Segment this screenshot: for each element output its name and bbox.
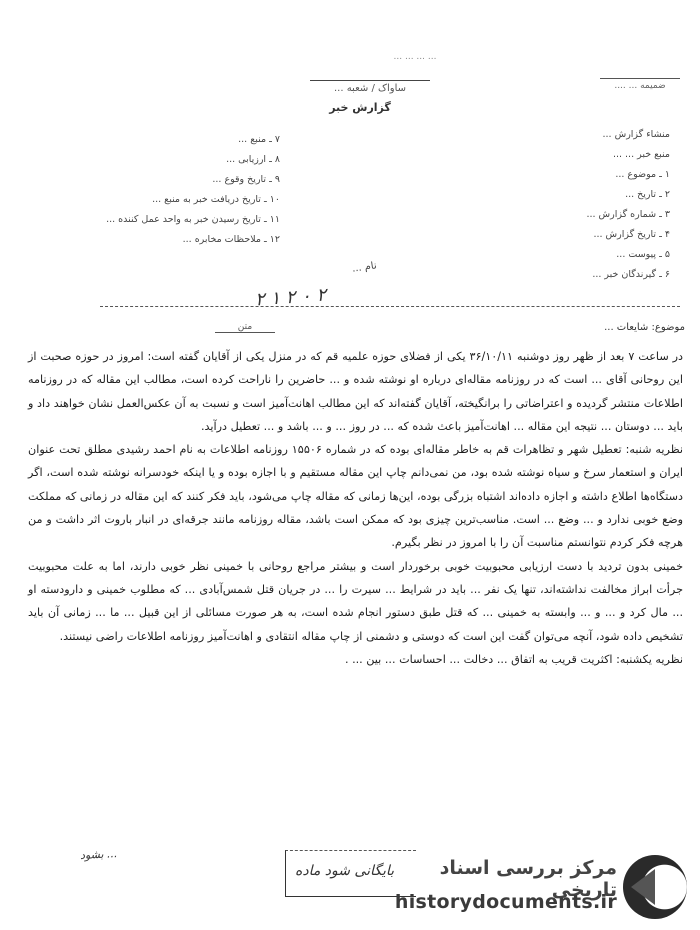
form-field-right: منشاء گزارش ... xyxy=(430,128,670,142)
stamp-text: بایگانی شود ماده xyxy=(295,863,394,879)
form-field-left: ۸ ـ ارزیابی ... xyxy=(40,153,280,167)
form-field-right: ۶ ـ گیرندگان خبر ... xyxy=(430,268,670,282)
subject-left-label: متن xyxy=(215,322,275,333)
document-fold-icon xyxy=(631,869,655,905)
form-field-left: ۱۲ ـ ملاحظات مخابره ... xyxy=(40,233,280,247)
form-field-left: ۱۱ ـ تاریخ رسیدن خبر به واحد عمل کننده .… xyxy=(40,213,280,227)
body-paragraph: نظریه یکشنبه: اکثریت قریب به اتفاق ... د… xyxy=(28,648,683,671)
header-right-label: ضمیمه ... .... xyxy=(600,78,680,91)
handwritten-signature: ... بشود xyxy=(80,847,118,862)
report-body: در ساعت ۷ بعد از ظهر روز دوشنبه ۳۶/۱۰/۱۱… xyxy=(28,345,683,671)
separator-line xyxy=(100,306,680,307)
document-page: ... ... ... ... ساواک / شعبه ... گزارش خ… xyxy=(0,0,700,930)
form-field-right: ۱ ـ موضوع ... xyxy=(430,168,670,182)
form-field-right: ۲ ـ تاریخ ... xyxy=(430,188,670,202)
body-paragraph: خمینی بدون تردید با دست ارزیابی محبوبیت … xyxy=(28,555,683,648)
handwritten-note: نام ... xyxy=(351,260,377,274)
body-paragraph: نظریه شنبه: تعطیل شهر و تظاهرات قم به خا… xyxy=(28,438,683,554)
form-field-right: منبع خبر ... ... xyxy=(430,148,670,162)
header-organization: ساواک / شعبه ... xyxy=(310,80,430,94)
form-field-right: ۳ ـ شماره گزارش ... xyxy=(430,208,670,222)
form-field-left: ۱۰ ـ تاریخ دریافت خبر به منبع ... xyxy=(40,193,280,207)
header-top-line: ... ... ... ... xyxy=(330,52,500,62)
form-field-left: ۷ ـ منبع ... xyxy=(40,133,280,147)
form-field-right: ۵ ـ پیوست ... xyxy=(430,248,670,262)
form-field-left: ۹ ـ تاریخ وقوع ... xyxy=(40,173,280,187)
subject-line: موضوع: شایعات ... xyxy=(420,322,685,333)
watermark-url: historydocuments.ir xyxy=(395,891,617,913)
body-paragraph: در ساعت ۷ بعد از ظهر روز دوشنبه ۳۶/۱۰/۱۱… xyxy=(28,345,683,438)
watermark: مرکز بررسی اسناد تاریخی historydocuments… xyxy=(425,855,695,925)
form-field-right: ۴ ـ تاریخ گزارش ... xyxy=(430,228,670,242)
document-title: گزارش خبر xyxy=(305,101,415,114)
